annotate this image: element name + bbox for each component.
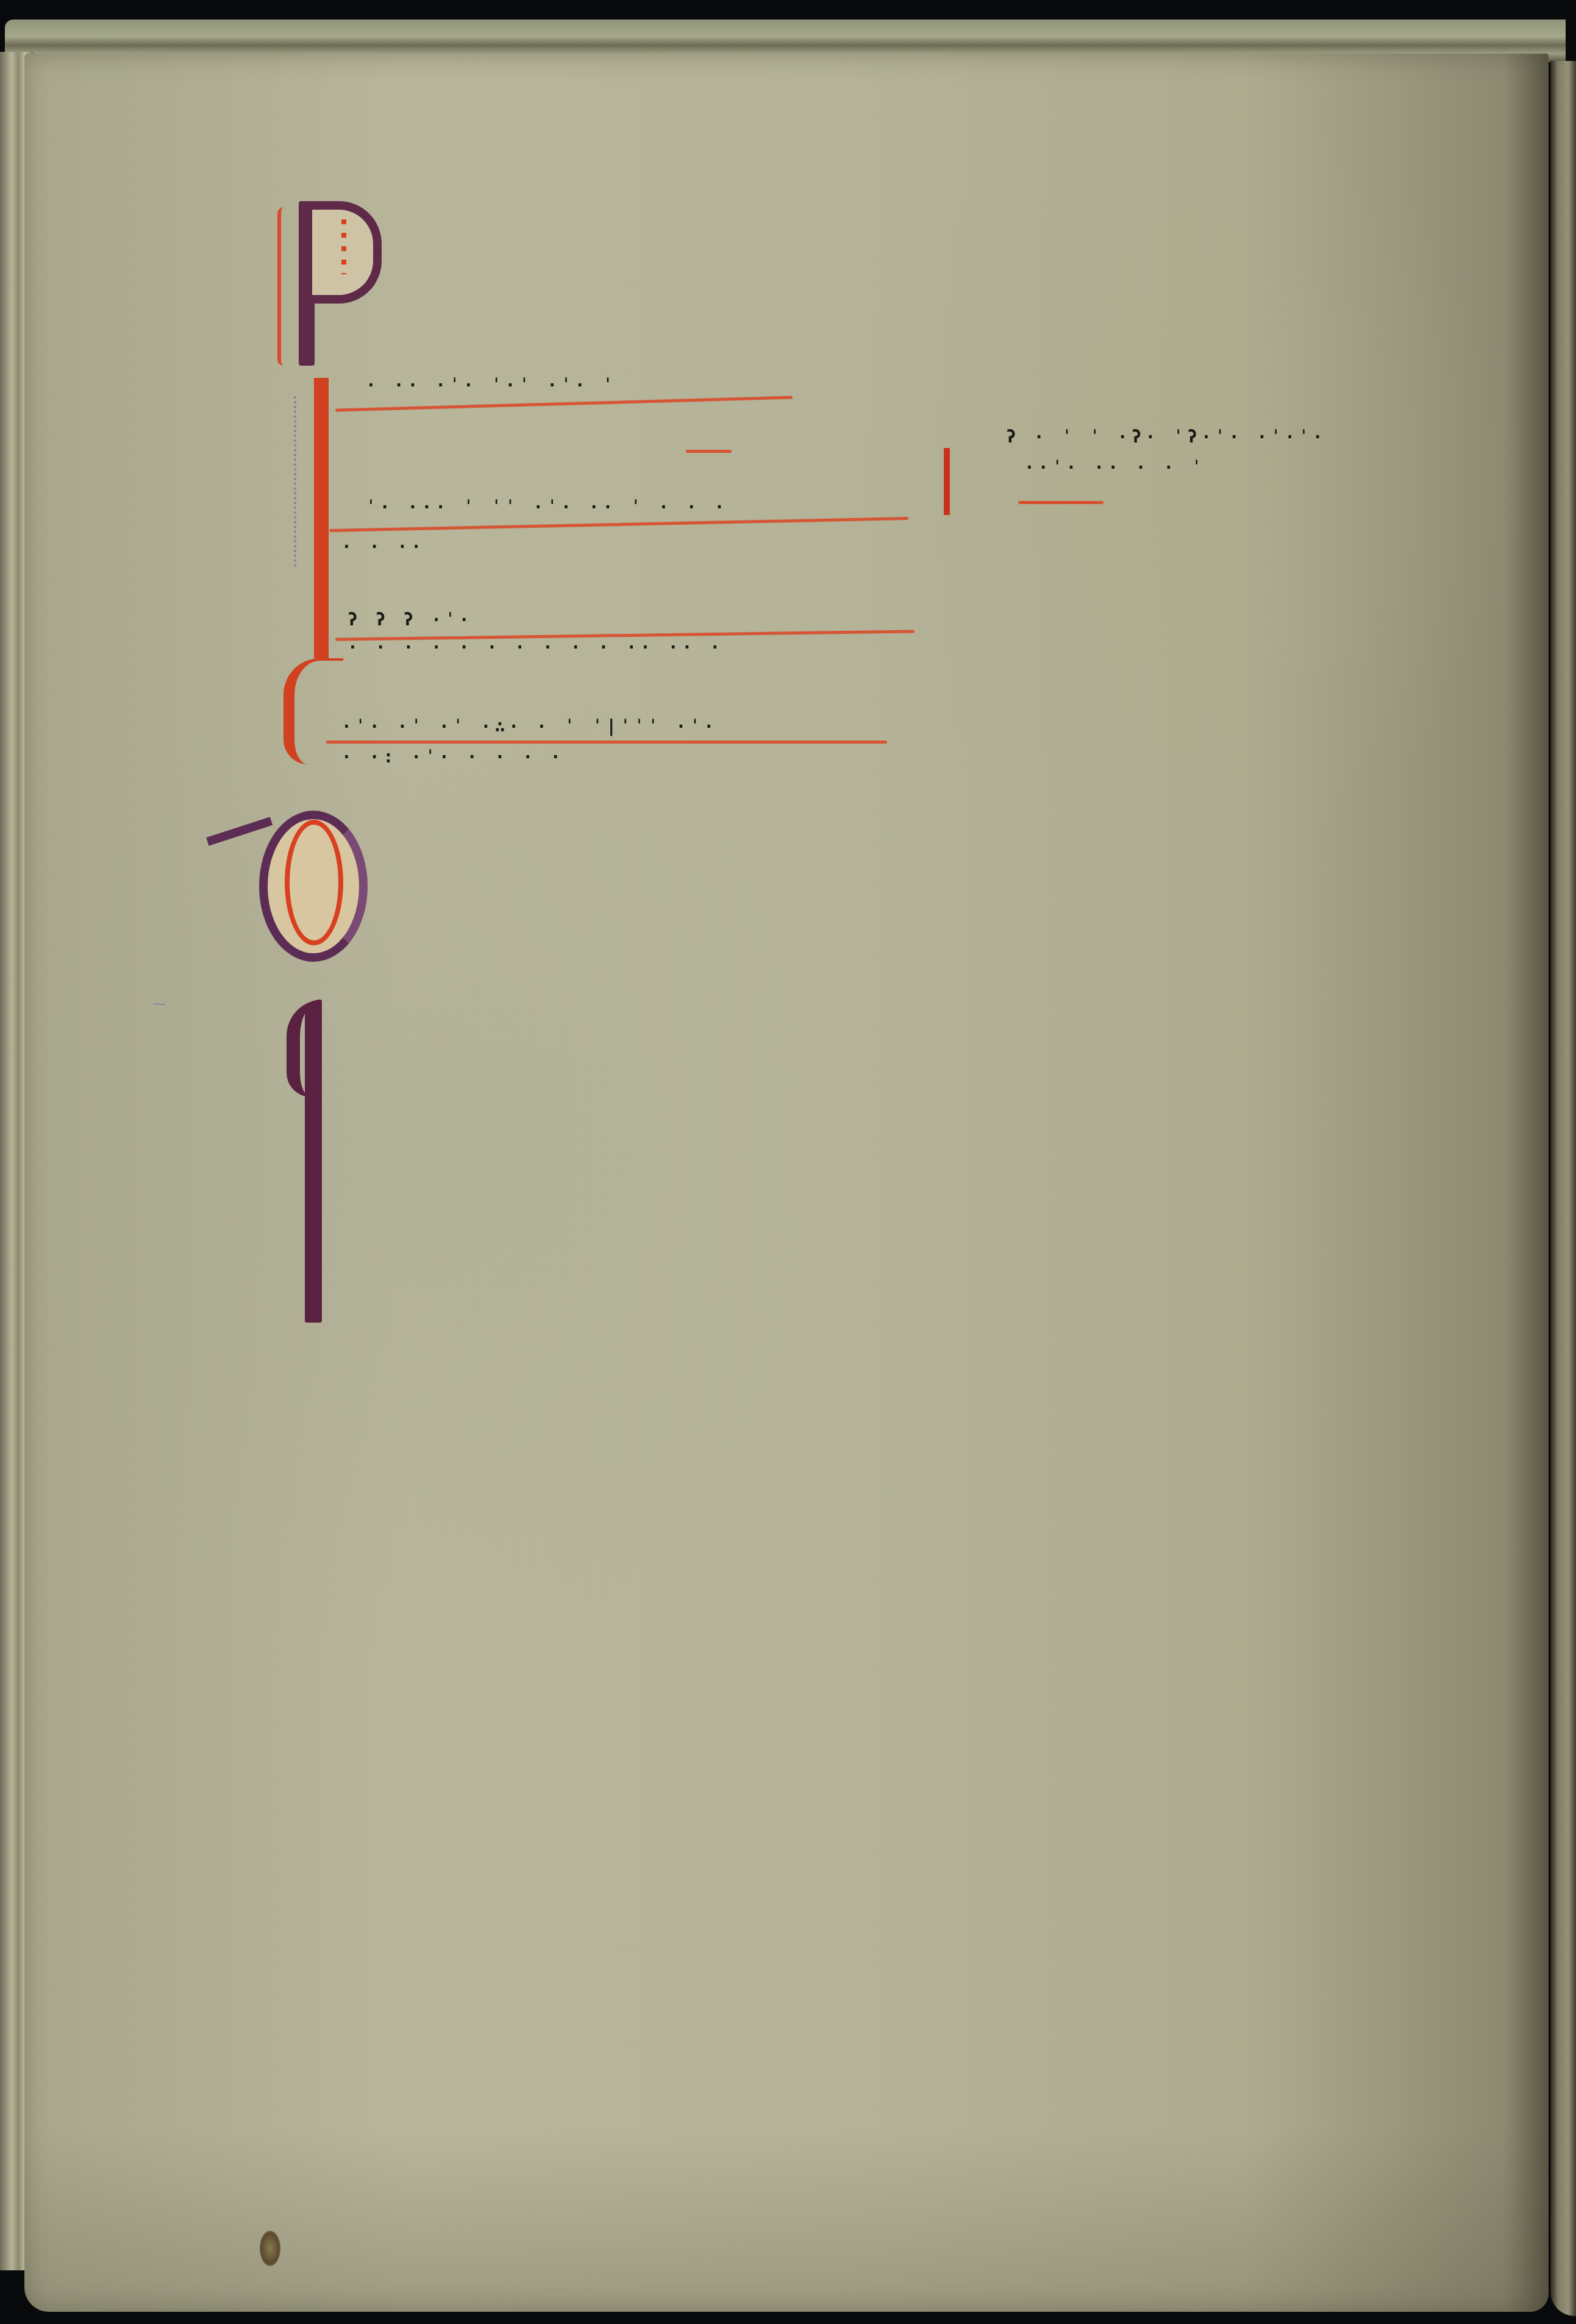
initial-i-red-foot: [283, 658, 343, 764]
initial-p-bowl: [312, 201, 382, 304]
initial-i-lilac-flourish: [294, 396, 305, 567]
staff-line-red: [1021, 501, 1094, 504]
parchment-hole: [260, 2231, 280, 2266]
staff-line-red: [686, 450, 732, 453]
initial-p-dots: [341, 219, 346, 274]
initial-i-red-stem: [314, 378, 329, 658]
staff-line-red: [326, 741, 887, 744]
initial-p-red-flourish: [277, 207, 293, 366]
margin-mark: ⁓: [152, 997, 166, 1012]
neumes-r1b: ··ˈ· ·· · · ˈ: [1024, 457, 1205, 477]
facing-leaf-edge: [1550, 61, 1576, 2316]
neumes-r1: ʔ · ˈ ˈ ·ʔ· ˈʔ·ˈ· ·ˈ·ˈ·: [1006, 427, 1327, 447]
neumes-row-4: ·ˈ· ·ˈ ·ˈ ·∴· · ˈ ˈ|ˈˈˈ ·ˈ·: [341, 716, 718, 736]
neumes-row-1: · ·· ·ˈ· ˈ·ˈ ·ˈ· ˈ: [366, 375, 616, 395]
neumes-row-3b: · · · · · · · · · · ·· ·· ·: [348, 637, 724, 657]
initial-e-red-bar: [944, 448, 950, 515]
neumes-row-3: ʔ ʔ ʔ ·ˈ·: [348, 609, 473, 630]
initial-i-purple-stem: [305, 1000, 322, 1323]
neumes-row-4b: · ·: ·ˈ· · · · ·: [341, 747, 565, 767]
manuscript-folio: [24, 54, 1549, 2312]
neumes-row-2: ˈ· ··· ˈ ˈˈ ·ˈ· ·· ˈ · · ·: [366, 497, 728, 517]
neumes-row-2b: · · ··: [341, 536, 425, 556]
initial-o-inner-scroll: [285, 820, 343, 945]
